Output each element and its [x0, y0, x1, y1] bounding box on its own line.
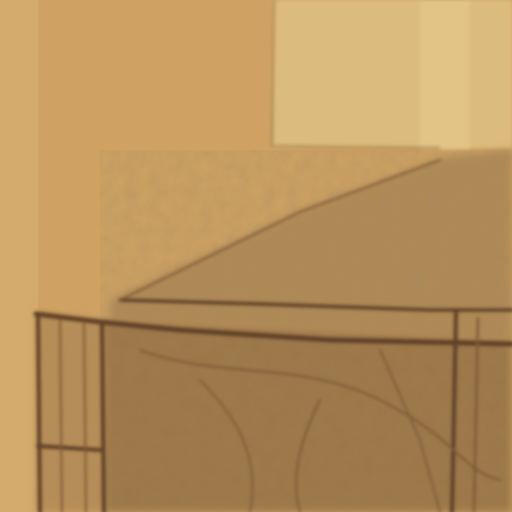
light-patch [272, 0, 512, 150]
sketch-drawing [0, 0, 512, 512]
sketch-scene [0, 0, 512, 512]
paper-left-strip [0, 0, 38, 512]
